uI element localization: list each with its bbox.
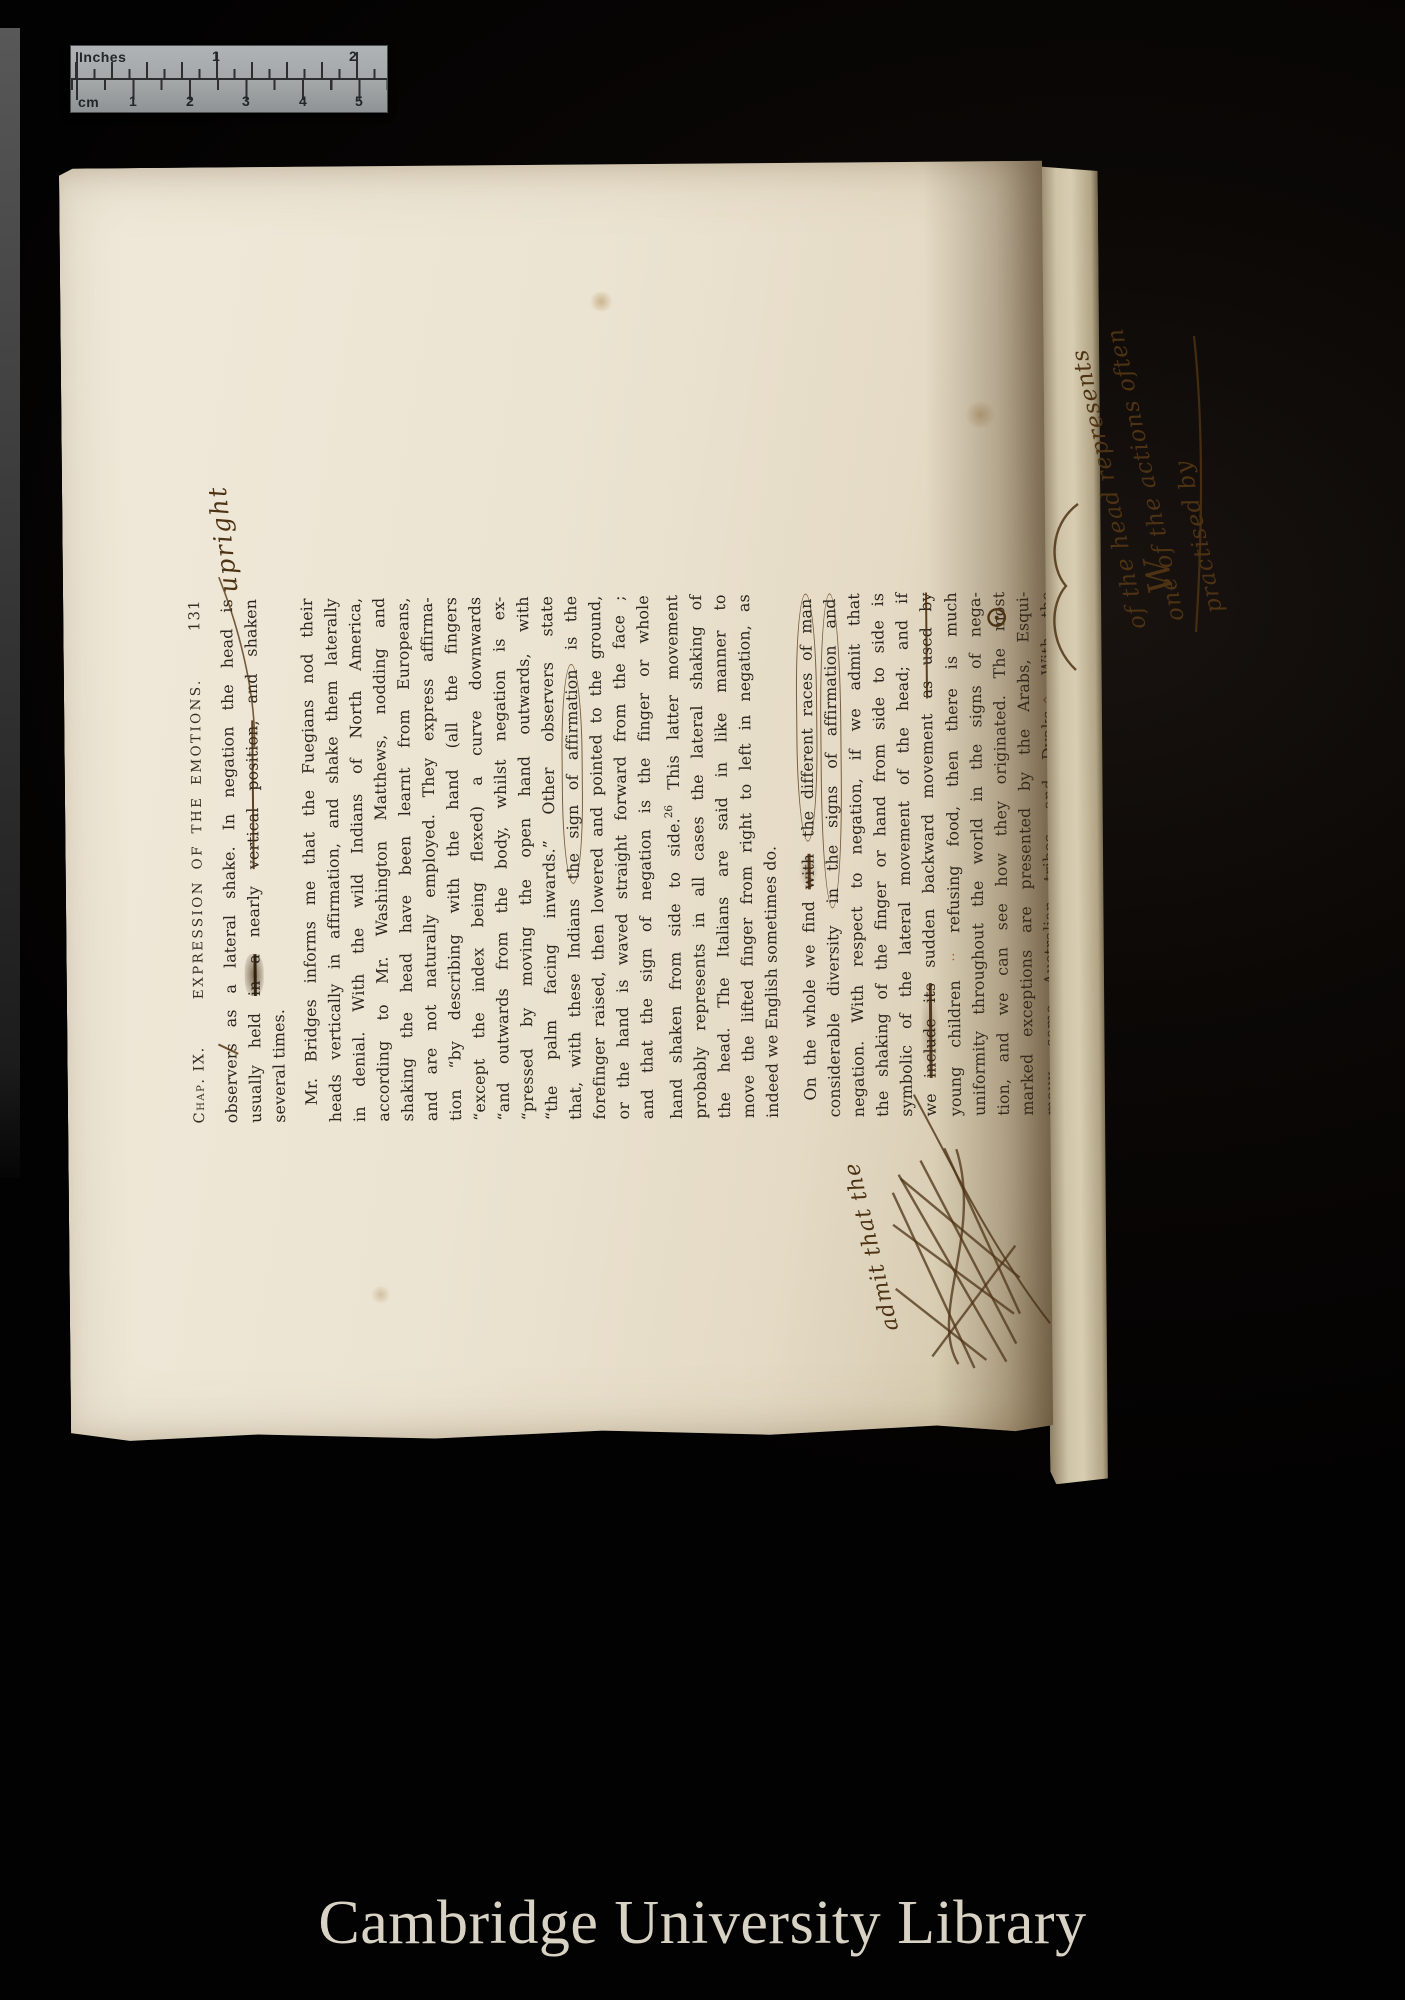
page-number: 131 bbox=[185, 599, 203, 631]
cm-number: 5 bbox=[355, 93, 363, 109]
connector-stroke bbox=[906, 1083, 1055, 1334]
text-line: indeed we English sometimes do. bbox=[756, 594, 785, 1118]
text-block: observers as a lateral shake. In negatio… bbox=[215, 591, 1055, 1123]
cm-number: 3 bbox=[242, 93, 250, 109]
circled-dot-mark: ⊙ bbox=[978, 603, 1015, 631]
left-fabric-strip bbox=[0, 28, 20, 1178]
cm-number: 1 bbox=[129, 93, 137, 109]
page-reading-surface: Chap. IX. EXPRESSION OF THE EMOTIONS. 13… bbox=[59, 159, 1055, 1442]
cm-number: 4 bbox=[299, 93, 307, 109]
note-underline bbox=[1182, 330, 1216, 640]
w-initial-mark: W bbox=[1137, 555, 1182, 596]
running-head: Chap. IX. EXPRESSION OF THE EMOTIONS. 13… bbox=[185, 599, 208, 1123]
cm-label: cm bbox=[78, 94, 99, 110]
text-line: several times. bbox=[263, 599, 292, 1123]
scale-bar: Inches cm 1 2 1 2 3 4 5 bbox=[70, 45, 388, 113]
inch-number: 1 bbox=[212, 48, 220, 64]
paragraph: On the whole we find with the different … bbox=[794, 591, 1055, 1118]
chapter-label: Chap. IX. bbox=[191, 1046, 208, 1123]
inch-number: 2 bbox=[349, 48, 357, 64]
cm-scale bbox=[71, 80, 387, 112]
inches-label: Inches bbox=[79, 49, 126, 65]
page-title: EXPRESSION OF THE EMOTIONS. bbox=[188, 678, 207, 999]
cm-number: 2 bbox=[186, 93, 194, 109]
library-watermark: Cambridge University Library bbox=[0, 1888, 1405, 1959]
page-paper: Chap. IX. EXPRESSION OF THE EMOTIONS. 13… bbox=[59, 159, 1055, 1442]
insertion-brace bbox=[1036, 498, 1088, 678]
insertion-curve bbox=[215, 571, 259, 751]
book-page: Chap. IX. EXPRESSION OF THE EMOTIONS. 13… bbox=[59, 159, 1055, 1442]
text-line: move the lifted finger from right to lef… bbox=[732, 594, 761, 1118]
photograph-stage: Inches cm 1 2 1 2 3 4 5 Chap. IX. EXPRES… bbox=[0, 0, 1405, 2000]
paragraph: Mr. Bridges informs me that the Fuegians… bbox=[295, 594, 785, 1123]
